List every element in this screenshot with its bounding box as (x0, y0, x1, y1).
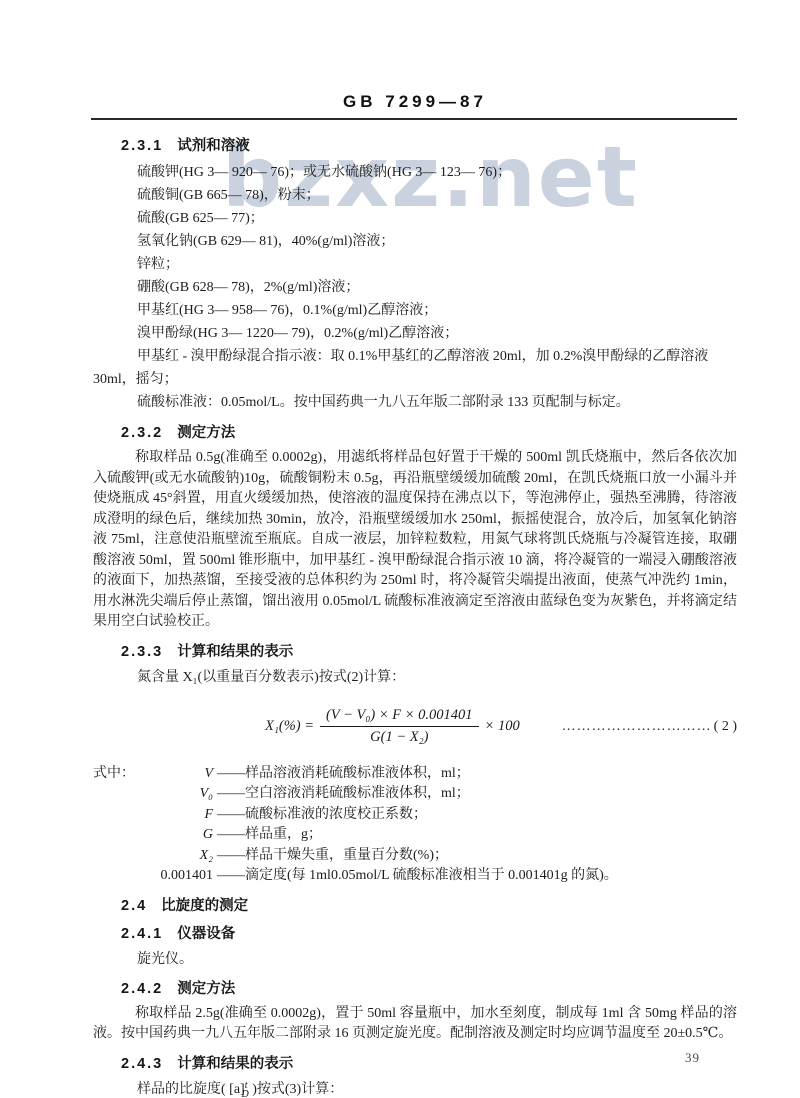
section-number: 2.3.2 (121, 425, 163, 441)
legend-row: F ——硫酸标准液的浓度校正系数； (93, 805, 737, 826)
equation-2: X₁(%) = (V − V₀) × F × 0.001401 G(1 − X₂… (93, 704, 737, 750)
legend-definition: ——样品干燥失重，重量百分数(%)； (217, 846, 448, 867)
section-number: 2.4.3 (121, 1056, 163, 1072)
legend-row: X₂ ——样品干燥失重，重量百分数(%)； (93, 846, 737, 867)
equation-number: ( 2 ) (714, 719, 737, 735)
section-number: 2.4.1 (121, 926, 163, 942)
legend-term: V₀ (149, 784, 213, 805)
section-number: 2.3.1 (121, 138, 163, 154)
legend-label: 式中： (93, 764, 149, 785)
section-title: 试剂和溶液 (177, 138, 250, 154)
section-number: 2.4.2 (121, 981, 163, 997)
formula-legend: 式中： V ——样品溶液消耗硫酸标准液体积，ml； V₀ ——空白溶液消耗硫酸标… (93, 764, 737, 887)
dotted-leader: ………………………… (562, 719, 712, 735)
legend-label-spacer (93, 825, 149, 846)
intro-post: )按式(3)计算： (249, 1082, 344, 1097)
legend-row: 式中： V ——样品溶液消耗硫酸标准液体积，ml； (93, 764, 737, 785)
reagent-line: 硫酸标准液：0.05mol/L。按中国药典一九八五年版二部附录 133 页配制与… (93, 391, 737, 414)
reagent-line: 溴甲酚绿(HG 3— 1220— 79)，0.2%(g/ml)乙醇溶液； (93, 322, 737, 345)
legend-term: F (149, 805, 213, 826)
apparatus-line: 旋光仪。 (137, 949, 737, 970)
section-title: 测定方法 (177, 981, 235, 997)
legend-definition: ——硫酸标准液的浓度校正系数； (217, 805, 427, 826)
legend-label-spacer (93, 805, 149, 826)
legend-label-spacer (93, 784, 149, 805)
method-paragraph-2-4-2: 称取样品 2.5g(准确至 0.0002g)，置于 50ml 容量瓶中，加水至刻… (93, 1004, 737, 1045)
reagent-line: 甲基红(HG 3— 958— 76)，0.1%(g/ml)乙醇溶液； (93, 299, 737, 322)
legend-definition: ——空白溶液消耗硫酸标准液体积，ml； (217, 784, 470, 805)
standard-code-header: GB 7299—87 (93, 92, 737, 112)
section-title: 仪器设备 (177, 926, 235, 942)
reagent-line: 氢氧化钠(GB 629— 81)，40%(g/ml)溶液； (93, 230, 737, 253)
reagent-line: 硫酸(GB 625— 77)； (93, 207, 737, 230)
reagent-line: 硫酸钾(HG 3— 920— 76)；或无水硫酸钠(HG 3— 123— 76)… (93, 161, 737, 184)
legend-row: 0.001401 ——滴定度(每 1ml0.05mol/L 硫酸标准液相当于 0… (93, 866, 737, 887)
reagent-line: 甲基红 - 溴甲酚绿混合指示液：取 0.1%甲基红的乙醇溶液 20ml，加 0.… (93, 345, 737, 391)
section-heading-2-4: 2.4比旋度的测定 (121, 894, 737, 915)
times-100: × 100 (485, 718, 520, 735)
alpha-notation: tD (245, 1079, 249, 1098)
fraction: (V − V₀) × F × 0.001401 G(1 − X₂) (320, 707, 479, 746)
legend-row: G ——样品重，g； (93, 825, 737, 846)
section-title: 测定方法 (177, 425, 235, 441)
legend-definition: ——样品重，g； (217, 825, 322, 846)
section-heading-2-3-1: 2.3.1试剂和溶液 (121, 134, 737, 155)
legend-term: 0.001401 (149, 866, 213, 887)
legend-definition: ——滴定度(每 1ml0.05mol/L 硫酸标准液相当于 0.001401g … (217, 866, 618, 887)
page-content: GB 7299—87 2.3.1试剂和溶液 硫酸钾(HG 3— 920— 76)… (0, 0, 800, 1098)
specific-rotation-intro: 样品的比旋度( [a]tD )按式(3)计算： (137, 1079, 737, 1098)
section-number: 2.3.3 (121, 644, 163, 660)
fraction-numerator: (V − V₀) × F × 0.001401 (320, 707, 479, 727)
document-page: bzxz.net GB 7299—87 2.3.1试剂和溶液 硫酸钾(HG 3—… (0, 0, 800, 1098)
reagent-line: 锌粒； (93, 253, 737, 276)
section-heading-2-4-3: 2.4.3计算和结果的表示 (121, 1052, 737, 1073)
legend-term: V (149, 764, 213, 785)
section-heading-2-4-2: 2.4.2测定方法 (121, 977, 737, 998)
legend-label-spacer (93, 866, 149, 887)
legend-row: V₀ ——空白溶液消耗硫酸标准液体积，ml； (93, 784, 737, 805)
intro-pre: 样品的比旋度( [a] (137, 1082, 245, 1097)
equation-lhs: X₁(%) = (265, 718, 314, 735)
formula-intro: 氮含量 X₁(以重量百分数表示)按式(2)计算： (137, 667, 737, 688)
reagent-line: 硼酸(GB 628— 78)，2%(g/ml)溶液； (93, 276, 737, 299)
section-heading-2-3-2: 2.3.2测定方法 (121, 421, 737, 442)
section-title: 计算和结果的表示 (177, 644, 293, 660)
section-number: 2.4 (121, 898, 147, 914)
legend-label-spacer (93, 846, 149, 867)
section-heading-2-4-1: 2.4.1仪器设备 (121, 922, 737, 943)
header-rule (91, 118, 737, 120)
method-paragraph-2-3-2: 称取样品 0.5g(准确至 0.0002g)，用滤纸将样品包好置于干燥的 500… (93, 448, 737, 633)
reagent-line: 硫酸铜(GB 665— 78)，粉末； (93, 184, 737, 207)
section-title: 比旋度的测定 (161, 898, 248, 914)
legend-term: X₂ (149, 846, 213, 867)
subscript-d: D (241, 1089, 248, 1098)
section-heading-2-3-3: 2.3.3计算和结果的表示 (121, 640, 737, 661)
section-title: 计算和结果的表示 (177, 1056, 293, 1072)
equation-2-expression: X₁(%) = (V − V₀) × F × 0.001401 G(1 − X₂… (265, 707, 520, 746)
legend-term: G (149, 825, 213, 846)
legend-definition: ——样品溶液消耗硫酸标准液体积，ml； (217, 764, 470, 785)
fraction-denominator: G(1 − X₂) (364, 727, 434, 746)
